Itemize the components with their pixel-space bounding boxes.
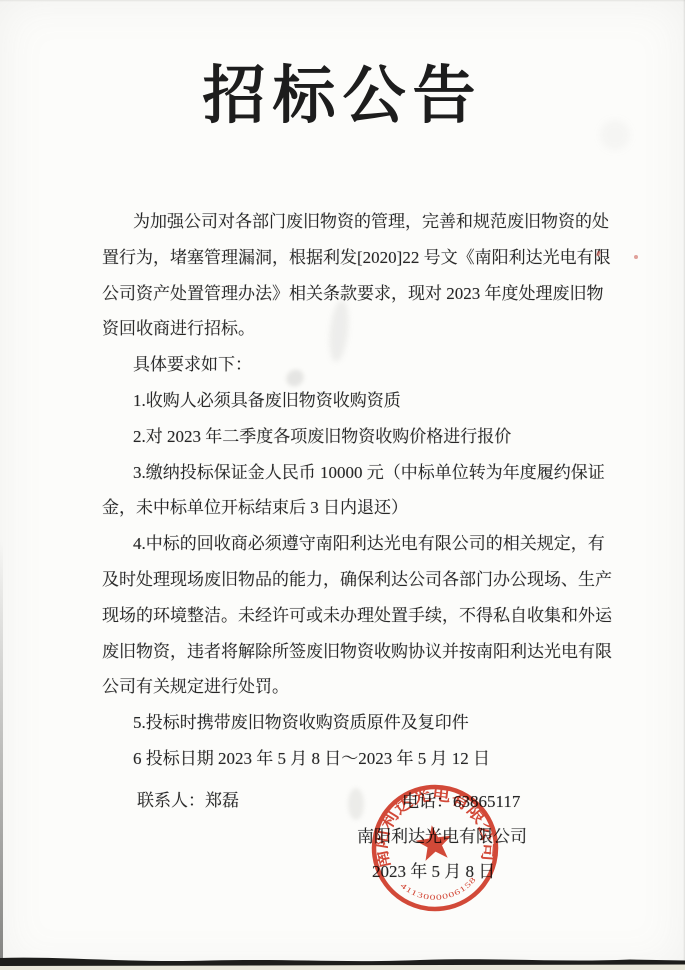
body-line: 现场的环境整洁。未经许可或未办理处置手续，不得私自收集和外运 <box>102 598 642 634</box>
scan-artifact-smudge <box>600 120 630 150</box>
scan-artifact-red-speck <box>634 255 638 259</box>
body-line-item-1: 1.收购人必须具备废旧物资收购资质 <box>102 383 642 419</box>
body-line-item-4: 4.中标的回收商必须遵守南阳利达光电有限公司的相关规定，有 <box>102 526 642 562</box>
body-line-item-2: 2.对 2023 年二季度各项废旧物资收购价格进行报价 <box>102 419 642 455</box>
body-line: 金，未中标单位开标结束后 3 日内退还） <box>102 490 642 526</box>
scan-edge-left <box>0 540 3 960</box>
body-line: 废旧物资，违者将解除所签废旧物资收购协议并按南阳利达光电有限 <box>102 634 642 670</box>
body-line-item-3: 3.缴纳投标保证金人民币 10000 元（中标单位转为年度履约保证 <box>102 455 642 491</box>
scan-edge-top <box>0 0 685 2</box>
scan-edge-bottom <box>0 954 685 970</box>
contact-person: 联系人：郑磊 <box>137 786 239 811</box>
body-line-item-5: 5.投标时携带废旧物资收购资质原件及复印件 <box>102 705 642 741</box>
scan-artifact-smudge <box>348 788 364 820</box>
body-line: 置行为，堵塞管理漏洞，根据利发[2020]22 号文《南阳利达光电有限 <box>102 240 642 276</box>
seal-star-icon <box>414 823 455 862</box>
body-line: 资回收商进行招标。 <box>102 311 642 347</box>
company-seal-stamp: 南阳利达光电有限公司 4113000006158 <box>355 768 515 928</box>
document-title: 招标公告 <box>0 48 685 144</box>
body-line: 公司有关规定进行处罚。 <box>102 669 642 705</box>
body-line: 公司资产处置管理办法》相关条款要求，现对 2023 年度处理废旧物 <box>102 276 642 312</box>
document-body: 为加强公司对各部门废旧物资的管理，完善和规范废旧物资的处 置行为，堵塞管理漏洞，… <box>102 204 642 777</box>
scanned-document-page: 招标公告 为加强公司对各部门废旧物资的管理，完善和规范废旧物资的处 置行为，堵塞… <box>0 0 685 970</box>
body-line: 为加强公司对各部门废旧物资的管理，完善和规范废旧物资的处 <box>102 204 642 240</box>
body-line: 具体要求如下： <box>102 347 642 383</box>
body-line: 及时处理现场废旧物品的能力，确保利达公司各部门办公现场、生产 <box>102 562 642 598</box>
